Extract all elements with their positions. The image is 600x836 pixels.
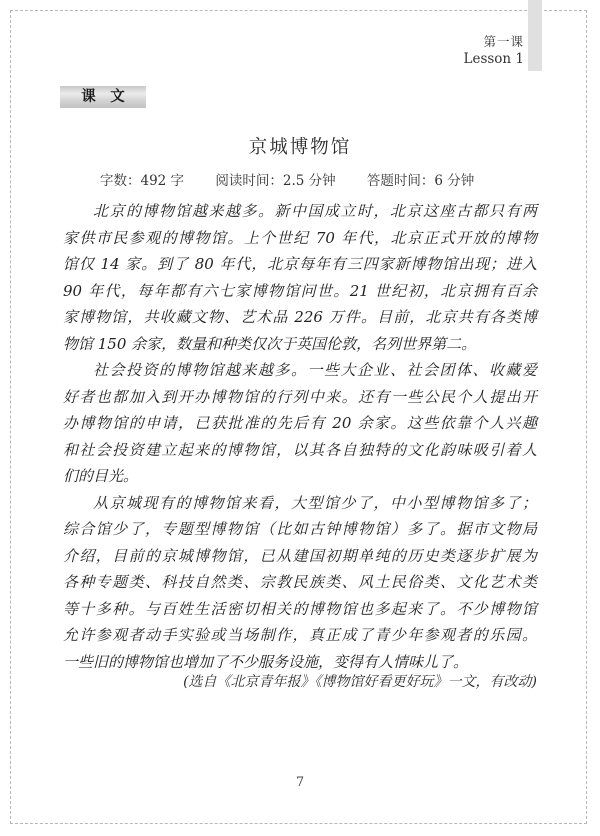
lesson-header: 第一课 Lesson 1 bbox=[463, 33, 524, 68]
textbook-page: 第一课 Lesson 1 课 文 京城博物馆 字数：492 字 阅读时间：2.5… bbox=[0, 0, 600, 836]
article-title: 京城博物馆 bbox=[63, 133, 537, 159]
body-line: 允许参观者动手实验或当场制作，真正成了青少年参观者的乐园。 bbox=[63, 622, 537, 649]
body-line: 北京的博物馆越来越多。新中国成立时，北京这座古都只有两 bbox=[63, 198, 537, 225]
body-line: 介绍，目前的京城博物馆，已从建国初期单纯的历史类逐步扩展为 bbox=[63, 543, 537, 570]
body-line: 90 年代，每年都有六七家博物馆问世。21 世纪初，北京拥有百余 bbox=[63, 278, 537, 305]
body-line: 从京城现有的博物馆来看，大型馆少了，中小型博物馆多了； bbox=[63, 490, 537, 517]
body-line: 社会投资的博物馆越来越多。一些大企业、社会团体、收藏爱 bbox=[63, 357, 537, 384]
meta-word-count: 字数：492 字 bbox=[100, 173, 184, 189]
lesson-number-en: Lesson 1 bbox=[463, 50, 524, 68]
body-line: 办博物馆的申请，已获批准的先后有 20 余家。这些依靠个人兴趣 bbox=[63, 410, 537, 437]
body-line: 好者也都加入到开办博物馆的行列中来。还有一些公民个人提出开 bbox=[63, 384, 537, 411]
body-line: 和社会投资建立起来的博物馆，以其各自独特的文化韵味吸引着人 bbox=[63, 437, 537, 464]
page-number: 7 bbox=[0, 775, 600, 790]
paragraph: 社会投资的博物馆越来越多。一些大企业、社会团体、收藏爱好者也都加入到开办博物馆的… bbox=[63, 357, 537, 490]
section-label: 课 文 bbox=[60, 86, 146, 108]
source-attribution: (选自《北京青年报》《博物馆好看更好玩》一文，有改动) bbox=[63, 671, 537, 691]
meta-answer-time: 答题时间：6 分钟 bbox=[367, 173, 474, 189]
section-label-text: 课 文 bbox=[81, 88, 125, 105]
chapter-tab-bar bbox=[528, 0, 542, 71]
body-line: 家博物馆，共收藏文物、艺术品 226 万件。目前，北京共有各类博 bbox=[63, 304, 537, 331]
paragraph: 从京城现有的博物馆来看，大型馆少了，中小型博物馆多了；综合馆少了，专题型博物馆（… bbox=[63, 490, 537, 676]
lesson-number-zh: 第一课 bbox=[463, 33, 524, 50]
body-line: 馆仅 14 家。到了 80 年代，北京每年有三四家新博物馆出现；进入 bbox=[63, 251, 537, 278]
body-line: 物馆 150 余家，数量和种类仅次于英国伦敦，名列世界第二。 bbox=[63, 331, 537, 358]
body-line: 各种专题类、科技自然类、宗教民族类、风土民俗类、文化艺术类 bbox=[63, 569, 537, 596]
article-body: 北京的博物馆越来越多。新中国成立时，北京这座古都只有两家供市民参观的博物馆。上个… bbox=[63, 198, 537, 675]
body-line: 综合馆少了，专题型博物馆（比如古钟博物馆）多了。据市文物局 bbox=[63, 516, 537, 543]
meta-reading-time: 阅读时间：2.5 分钟 bbox=[215, 173, 335, 189]
article-meta: 字数：492 字 阅读时间：2.5 分钟 答题时间：6 分钟 bbox=[100, 169, 540, 189]
body-line: 们的目光。 bbox=[63, 463, 537, 490]
paragraph: 北京的博物馆越来越多。新中国成立时，北京这座古都只有两家供市民参观的博物馆。上个… bbox=[63, 198, 537, 357]
body-line: 等十多种。与百姓生活密切相关的博物馆也多起来了。不少博物馆 bbox=[63, 596, 537, 623]
body-line: 家供市民参观的博物馆。上个世纪 70 年代，北京正式开放的博物 bbox=[63, 225, 537, 252]
